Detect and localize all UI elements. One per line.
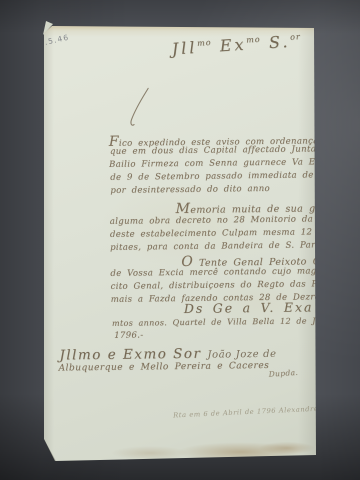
photo-backdrop: 19.5.46 Jllmo Exmo S.or Fico expedindo e… <box>0 0 360 480</box>
ink-layer: 19.5.46 Jllmo Exmo S.or Fico expedindo e… <box>0 0 360 480</box>
manuscript-line: cito Genal, distribuiçoens do Regto das … <box>111 279 360 292</box>
salutation-part: Jll <box>171 38 198 59</box>
manuscript-line: alguma obra decreto no 28 Monitorio da R… <box>110 214 360 227</box>
ink-paraph-flourish <box>124 86 155 130</box>
pencil-shelfmark: 19.5.46 <box>32 33 70 50</box>
manuscript-line: de 9 de Setembro passado immediata de Se… <box>110 169 360 182</box>
salutation-superscript: mo <box>197 38 212 48</box>
salutation-flourish: Jllmo Exmo S.or <box>171 31 301 58</box>
manuscript-line: pitaes, para conta da Bandeira de S. Par… <box>110 240 324 253</box>
address-name: João Joze de <box>207 349 276 361</box>
manuscript-line: que em dous dias Capital affectado Junta… <box>110 144 360 157</box>
dateline: mtos annos. Quartel de Villa Bella 12 de… <box>112 316 352 328</box>
salutation-superscript: mo <box>246 35 261 45</box>
copy-note: Dupda. <box>268 368 298 379</box>
manuscript-line: Bailio Firmeza com Senna guarnece Va Exa… <box>109 157 360 170</box>
salutation-part: S. <box>260 32 291 53</box>
valediction-flourish: Ds Ge a V. Exa — CCL <box>184 299 360 316</box>
dateline-year: 1796.- <box>114 330 143 340</box>
salutation-part: Ex <box>211 35 247 56</box>
manuscript-page: 19.5.46 Jllmo Exmo S.or Fico expedindo e… <box>0 0 360 480</box>
manuscript-line: de Vossa Excia mercê contando cujo magde… <box>110 266 360 279</box>
address-line: Albuquerque e Mello Pereira e Caceres <box>58 361 269 374</box>
manuscript-line: deste estabelecimento Culpam mesma 12 ga… <box>110 226 360 239</box>
address-honorific: Jllmo e Exmo Sor <box>59 346 201 364</box>
manuscript-line: por desinteressado do dito anno <box>110 184 270 196</box>
receipt-annotation: Rta em 6 de Abril de 1796 Alexandre o Aj… <box>173 402 360 419</box>
salutation-superscript: or <box>290 32 301 42</box>
